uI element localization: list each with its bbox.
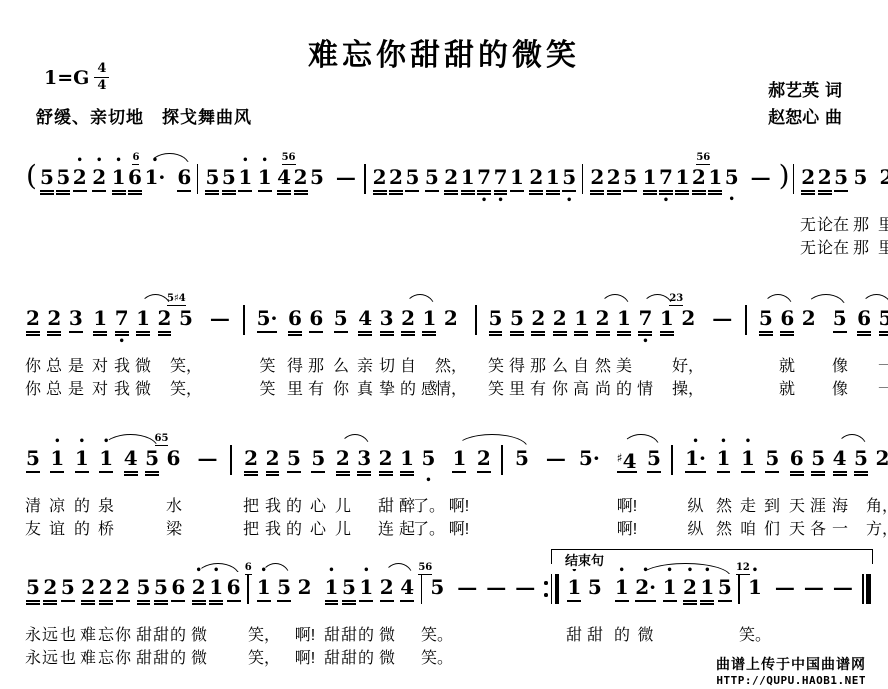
octave-dot-below xyxy=(741,478,755,487)
lyric-syllable: 海 xyxy=(832,493,848,516)
octave-dot-above xyxy=(833,566,853,575)
lyric-syllable: 你 xyxy=(115,645,131,668)
octave-dot-below xyxy=(167,477,181,486)
note-digit: 1 xyxy=(258,165,272,189)
beam-lines xyxy=(137,600,151,607)
octave-dot-below xyxy=(579,477,600,486)
note: •1 xyxy=(258,156,272,206)
lyric-syllable: 总 xyxy=(46,376,62,399)
barline-thin xyxy=(671,445,673,475)
octave-dot-above xyxy=(643,156,657,165)
beam-lines xyxy=(681,330,695,337)
beam-lines xyxy=(197,470,217,477)
octave-dot-below xyxy=(854,478,868,487)
lyric-syllable: 笑， xyxy=(170,353,202,376)
lyric-syllable: 论 xyxy=(817,212,833,235)
note: 5♯45 xyxy=(179,297,193,346)
note-digit: 4 xyxy=(833,446,847,470)
lyric-syllable: 笑。 xyxy=(421,645,453,668)
octave-dot-above xyxy=(430,566,444,575)
note: •1 xyxy=(112,156,126,206)
note: 5 xyxy=(205,156,219,206)
octave-dot-below xyxy=(145,478,159,487)
note: 5• xyxy=(725,156,739,205)
lyric-syllable: 高 xyxy=(573,376,589,399)
lyric-syllable: 得 xyxy=(287,353,303,376)
beam-lines xyxy=(380,600,394,607)
note: 1 xyxy=(93,297,107,347)
note-digit: ♯4 xyxy=(617,446,637,470)
beam-lines xyxy=(158,331,172,338)
beam-lines xyxy=(489,331,503,338)
beam-lines xyxy=(617,331,631,338)
beam-lines xyxy=(75,471,89,478)
beam-lines xyxy=(192,600,206,607)
lyric-syllable: 的 xyxy=(74,516,90,539)
note-digit: 2 xyxy=(879,165,888,189)
lyric-syllable: 笑， xyxy=(170,376,202,399)
octave-dot-below xyxy=(400,607,414,616)
barline xyxy=(247,574,249,604)
barline xyxy=(793,164,795,194)
beam-lines xyxy=(879,331,888,338)
lyric-syllable: 那 xyxy=(308,353,324,376)
octave-dot-below xyxy=(615,607,629,616)
lyric-syllable: 的 xyxy=(614,622,630,645)
lyric-syllable: 笑 xyxy=(259,376,275,399)
lyric-syllable: 总 xyxy=(46,353,62,376)
octave-dot-below xyxy=(700,607,714,616)
beam-lines xyxy=(258,190,272,197)
lyric-syllable: 心 xyxy=(310,516,326,539)
octave-dot-above xyxy=(287,437,301,446)
note: 1 xyxy=(675,156,689,206)
lyric-syllable: 亲 xyxy=(357,353,373,376)
octave-dot-above xyxy=(751,156,771,165)
beam-lines xyxy=(529,190,543,197)
octave-dot-above xyxy=(116,566,130,575)
beam-lines xyxy=(818,190,832,197)
octave-dot-above xyxy=(801,156,815,165)
octave-dot-below xyxy=(833,338,847,347)
credits: 郝艺英 词 赵恕心 曲 xyxy=(768,78,842,132)
barline xyxy=(582,164,584,194)
note-digit: 2 xyxy=(244,446,258,470)
beam-lines xyxy=(663,600,677,607)
note: 2 xyxy=(801,156,815,206)
octave-dot-below xyxy=(683,607,697,616)
octave-dot-above xyxy=(422,437,436,446)
beam-lines xyxy=(854,471,868,478)
note: 5 xyxy=(56,156,70,206)
note: 7• xyxy=(659,156,673,206)
lyric-syllable: 微 xyxy=(637,622,653,645)
note-digit: 2 xyxy=(92,165,106,189)
lyric-syllable: 了。 xyxy=(413,493,445,516)
octave-dot-below xyxy=(205,197,219,206)
lyric-syllable: 然， xyxy=(435,353,467,376)
note-digit: 1 xyxy=(717,446,731,470)
note-digit: 1 xyxy=(660,306,674,330)
beam-lines xyxy=(801,190,815,197)
note: 5· xyxy=(257,297,278,347)
lyric-syllable: 笑。 xyxy=(421,622,453,645)
note: •1 xyxy=(325,566,339,616)
note-digit: 5 xyxy=(334,306,348,330)
note: 3 xyxy=(380,297,394,347)
beam-lines xyxy=(401,331,415,338)
note-digit: — xyxy=(336,165,356,189)
augmentation-dot: · xyxy=(270,306,277,330)
octave-dot-above xyxy=(681,297,695,306)
note-digit: 2 xyxy=(590,165,604,189)
octave-dot-below: • xyxy=(659,197,673,206)
beam-lines xyxy=(854,189,868,196)
note: 2 xyxy=(444,156,458,206)
watermark-url: HTTP://QUPU.HAOB1.NET xyxy=(716,674,866,687)
note-digit: 2 xyxy=(99,575,113,599)
note-digit: 2 xyxy=(596,306,610,330)
octave-dot-below xyxy=(26,478,40,487)
beam-lines xyxy=(93,331,107,338)
note: 2 xyxy=(116,566,130,616)
note-digit: 7 xyxy=(115,306,129,330)
note: 5 xyxy=(489,297,503,347)
lyric-syllable: 走 xyxy=(740,493,756,516)
octave-dot-below xyxy=(457,606,477,615)
octave-dot-above xyxy=(804,566,824,575)
octave-dot-below xyxy=(422,338,436,347)
lyric-syllable: 方， xyxy=(866,516,888,539)
beam-lines xyxy=(748,599,762,606)
note: •1· xyxy=(685,437,706,487)
note-digit: 2 xyxy=(875,446,888,470)
octave-dot-below xyxy=(486,606,506,615)
barline-thin xyxy=(862,574,864,604)
lyric-syllable: 也 xyxy=(60,622,76,645)
octave-dot-below xyxy=(546,197,560,206)
octave-dot-above xyxy=(81,566,95,575)
lyricist-credit: 郝艺英 词 xyxy=(768,78,842,105)
barline xyxy=(745,305,747,335)
beam-lines xyxy=(567,600,581,607)
note: 5 xyxy=(811,437,825,487)
octave-dot-above xyxy=(197,437,217,446)
octave-dot-above xyxy=(574,297,588,306)
lyric-syllable: 泉 xyxy=(98,493,114,516)
lyric-syllable: 啊! xyxy=(617,516,637,539)
octave-dot-below xyxy=(26,338,40,347)
lyric-syllable: 么 xyxy=(333,353,349,376)
octave-dot-above xyxy=(562,156,576,165)
octave-dot-above xyxy=(294,156,308,165)
duration-dash: — xyxy=(804,566,824,615)
octave-dot-above xyxy=(389,156,403,165)
lyric-syllable: 啊! xyxy=(295,645,315,668)
beam-lines xyxy=(81,600,95,607)
note-digit: 2· xyxy=(635,575,656,599)
beam-lines xyxy=(717,471,731,478)
note-digit: 4 xyxy=(358,306,372,330)
lyric-syllable: 远 xyxy=(42,622,58,645)
octave-dot-below xyxy=(801,197,815,206)
note-digit: 5 xyxy=(759,306,773,330)
beam-lines xyxy=(811,471,825,478)
beam-lines xyxy=(692,190,706,197)
note: 5 xyxy=(510,297,524,347)
beam-lines xyxy=(277,190,291,197)
note-digit: — xyxy=(804,575,824,599)
beam-lines xyxy=(227,600,241,607)
octave-dot-below xyxy=(515,477,529,486)
lyric-syllable: 清 xyxy=(25,493,41,516)
note-digit: 3 xyxy=(380,306,394,330)
octave-dot-below xyxy=(209,607,223,616)
octave-dot-above xyxy=(546,156,560,165)
note: 6 xyxy=(288,297,302,347)
note-digit: 1 xyxy=(452,446,466,470)
octave-dot-below xyxy=(40,197,54,206)
note: 2 xyxy=(531,297,545,347)
note-digit: 2 xyxy=(683,575,697,599)
note-digit: 2 xyxy=(444,306,458,330)
duration-dash: — xyxy=(546,437,566,486)
tempo-marking: 舒缓、亲切地 探戈舞曲风 xyxy=(36,103,252,128)
octave-dot-below xyxy=(380,338,394,347)
note-digit: 2 xyxy=(81,575,95,599)
octave-dot-below xyxy=(765,478,779,487)
octave-dot-below xyxy=(647,478,661,487)
beam-lines xyxy=(179,330,193,337)
octave-dot-above xyxy=(69,297,83,306)
beam-lines xyxy=(209,600,223,607)
octave-dot-below: • xyxy=(562,197,576,206)
note: 5 xyxy=(310,156,324,205)
barline-thin xyxy=(230,445,232,475)
lyric-syllable: 我 xyxy=(265,493,281,516)
note: •1 xyxy=(615,566,629,616)
note: 7• xyxy=(115,297,129,347)
lyric-syllable: 的 xyxy=(400,376,416,399)
parenthesis: ( xyxy=(26,161,37,191)
barline-thin xyxy=(197,164,199,194)
barline-thin xyxy=(364,164,366,194)
octave-dot-below xyxy=(334,338,348,347)
note: 2 xyxy=(875,437,888,486)
octave-dot-above xyxy=(309,297,323,306)
octave-dot-below xyxy=(197,477,217,486)
lyric-syllable: 难 xyxy=(80,622,96,645)
lyric-syllable: 各 xyxy=(810,516,826,539)
note-digit: — xyxy=(197,446,217,470)
note-digit: 2 xyxy=(529,165,543,189)
octave-dot-below xyxy=(529,197,543,206)
lyric-syllable: 忘 xyxy=(98,622,114,645)
note: 2 xyxy=(266,437,280,487)
note-digit: 1 xyxy=(546,165,560,189)
note: 5 xyxy=(311,437,325,487)
beam-lines xyxy=(56,190,70,197)
octave-dot-above xyxy=(529,156,543,165)
octave-dot-above xyxy=(379,437,393,446)
lyric-syllable: 微 xyxy=(379,622,395,645)
lyric-syllable: 的 xyxy=(170,622,186,645)
lyric-syllable: 那 xyxy=(853,235,869,258)
beam-lines xyxy=(452,471,466,478)
octave-dot-below xyxy=(342,607,356,616)
octave-dot-below xyxy=(818,197,832,206)
octave-dot-above xyxy=(334,297,348,306)
octave-dot-below xyxy=(73,197,87,206)
beam-lines xyxy=(257,331,278,338)
lyric-syllable: 尚 xyxy=(595,376,611,399)
beam-lines xyxy=(400,600,414,607)
note-digit: 1· xyxy=(144,165,165,189)
note: 2 xyxy=(529,156,543,206)
beam-lines xyxy=(136,331,150,338)
octave-dot-above: • xyxy=(741,437,755,446)
octave-dot-above xyxy=(879,156,888,165)
beam-lines xyxy=(294,190,308,197)
note-digit: 2 xyxy=(553,306,567,330)
octave-dot-below xyxy=(309,338,323,347)
note: 232 xyxy=(681,297,695,346)
beam-lines xyxy=(486,599,506,606)
lyric-syllable: 谊 xyxy=(49,516,65,539)
beam-lines xyxy=(205,190,219,197)
octave-dot-below xyxy=(336,478,350,487)
beam-lines xyxy=(379,471,393,478)
octave-dot-below xyxy=(99,478,113,487)
lyric-syllable: 你 xyxy=(25,376,41,399)
octave-dot-above xyxy=(171,566,185,575)
note: •1 xyxy=(50,437,64,487)
beam-lines xyxy=(708,190,722,197)
note: 7• xyxy=(477,156,491,206)
octave-dot-above xyxy=(373,156,387,165)
note-digit: 2 xyxy=(818,165,832,189)
note: 5 xyxy=(61,566,75,616)
octave-dot-below xyxy=(477,478,491,487)
augmentation-dot: · xyxy=(699,446,706,470)
lyric-syllable: 笑， xyxy=(248,622,280,645)
note-digit: 2 xyxy=(298,575,312,599)
note-digit: 5 xyxy=(879,306,888,330)
octave-dot-below xyxy=(759,338,773,347)
barline-thin xyxy=(582,164,584,194)
lyric-syllable: 甜 xyxy=(136,622,152,645)
note-digit: 1 xyxy=(741,446,755,470)
octave-dot-above xyxy=(288,297,302,306)
beam-lines xyxy=(210,330,230,337)
note-digit: 2 xyxy=(681,306,695,330)
octave-dot-below xyxy=(298,606,312,615)
octave-dot-above xyxy=(298,566,312,575)
lyric-syllable: 连 xyxy=(378,516,394,539)
barline xyxy=(738,574,740,604)
beam-lines xyxy=(422,331,436,338)
note: 5 xyxy=(287,437,301,487)
notes-row: 525222556•2•166•152•15•124565———•15•1•2·… xyxy=(26,566,884,618)
octave-dot-below xyxy=(879,338,888,347)
note: 2 xyxy=(879,156,888,205)
note-digit: 1 xyxy=(238,165,252,189)
beam-lines xyxy=(69,331,83,338)
lyric-syllable: 我 xyxy=(114,376,130,399)
grace-note: 6 xyxy=(245,563,252,575)
note-digit: 5 xyxy=(718,575,732,599)
octave-dot-below xyxy=(834,197,848,206)
lyric-syllable: 你 xyxy=(333,376,349,399)
note: 5 xyxy=(623,156,637,206)
note-digit: 1 xyxy=(663,575,677,599)
octave-dot-below: • xyxy=(725,196,739,205)
duration-dash: — xyxy=(197,437,217,486)
octave-dot-below xyxy=(43,607,57,616)
beam-lines xyxy=(741,471,755,478)
lyric-syllable: 微 xyxy=(135,376,151,399)
lyric-syllable: 操， xyxy=(672,376,704,399)
octave-dot-above xyxy=(425,156,439,165)
lyric-syllable: 那 xyxy=(853,212,869,235)
note: 2 xyxy=(244,437,258,487)
lyric-syllable: 咱 xyxy=(740,516,756,539)
octave-dot-below xyxy=(804,606,824,615)
beam-lines xyxy=(430,599,444,606)
lyric-syllable: 啊! xyxy=(617,493,637,516)
note-digit: 2 xyxy=(401,306,415,330)
octave-dot-below xyxy=(288,338,302,347)
note-digit: 1 xyxy=(112,165,126,189)
octave-dot-above xyxy=(725,156,739,165)
octave-dot-below xyxy=(277,607,291,616)
beam-lines xyxy=(635,600,656,607)
note-digit: 5 xyxy=(145,446,159,470)
duration-dash: — xyxy=(210,297,230,346)
lyric-syllable: 甜 xyxy=(324,622,340,645)
note: 5 xyxy=(40,156,54,206)
note-digit: 1 xyxy=(617,306,631,330)
note-digit: — xyxy=(833,575,853,599)
lyric-syllable: 难 xyxy=(80,645,96,668)
lyric-syllable: 永 xyxy=(25,645,41,668)
note-digit: 5 xyxy=(40,165,54,189)
note-digit: 7 xyxy=(477,165,491,189)
note: •1 xyxy=(359,566,373,616)
note-digit: 7 xyxy=(659,165,673,189)
octave-dot-above xyxy=(311,437,325,446)
note: 6 xyxy=(790,437,804,487)
octave-dot-above xyxy=(765,437,779,446)
note-digit: 1 xyxy=(400,446,414,470)
duration-dash: — xyxy=(336,156,356,205)
octave-dot-above xyxy=(510,297,524,306)
beam-lines xyxy=(342,600,356,607)
beam-lines xyxy=(515,470,529,477)
note: 5 xyxy=(334,297,348,347)
note-digit: 2 xyxy=(26,306,40,330)
lyric-syllable: 到 xyxy=(764,493,780,516)
note: 5• xyxy=(422,437,436,486)
octave-dot-below xyxy=(192,607,206,616)
beam-lines xyxy=(177,190,191,197)
octave-dot-above: • xyxy=(359,566,373,575)
note: 2 xyxy=(298,566,312,615)
octave-dot-above xyxy=(675,156,689,165)
octave-dot-below xyxy=(588,606,602,615)
note-digit: 5 xyxy=(311,446,325,470)
beam-lines xyxy=(660,331,674,338)
